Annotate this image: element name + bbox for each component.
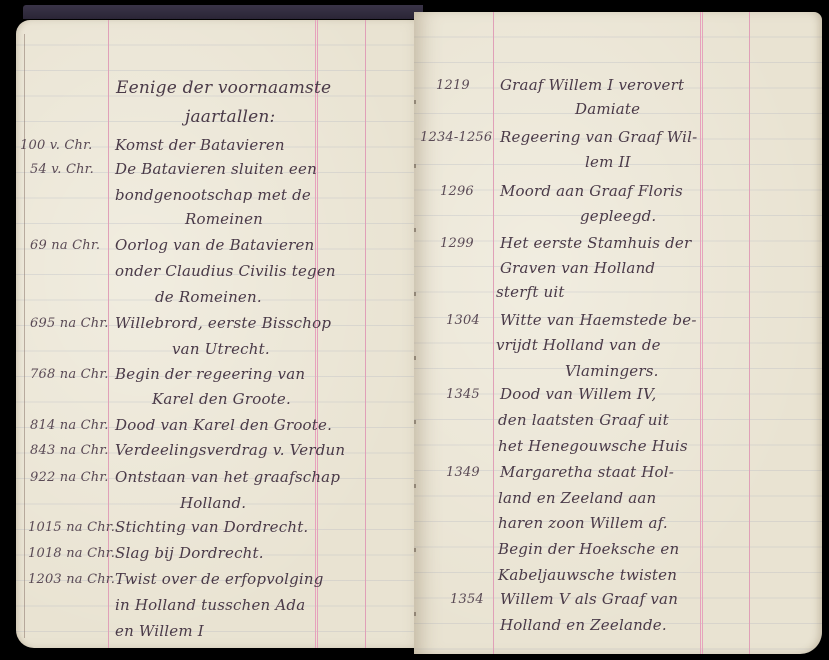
entry-date: 1349 <box>446 465 480 480</box>
entry-text: Holland. <box>180 494 246 512</box>
entry-text: Begin der regeering van <box>115 365 305 383</box>
entry-text: Holland en Zeelande. <box>500 616 667 634</box>
entry-text: lem II <box>585 153 631 171</box>
entry-date: 100 v. Chr. <box>20 138 92 153</box>
entry-text: Margaretha staat Hol- <box>500 463 674 481</box>
entry-text: bondgenootschap met de <box>115 186 311 204</box>
entry-text: de Romeinen. <box>155 288 262 306</box>
entry-text: Witte van Haemstede be- <box>500 311 697 329</box>
entry-text: Verdeelingsverdrag v. Verdun <box>115 441 345 459</box>
entry-date: 1234-1256 <box>420 130 492 145</box>
entry-text: Oorlog van de Batavieren <box>115 236 314 254</box>
entry-text: den laatsten Graaf uit <box>498 411 669 429</box>
entry-text: Willem V als Graaf van <box>500 590 678 608</box>
heading-line: Eenige der voornaamste <box>116 78 331 98</box>
entry-text: het Henegouwsche Huis <box>498 437 688 455</box>
right-outer-rule <box>749 12 750 654</box>
entry-text: Het eerste Stamhuis der <box>500 234 691 252</box>
entry-text: Slag bij Dordrecht. <box>115 544 264 562</box>
entry-text: en Willem I <box>115 622 204 640</box>
entry-text: sterft uit <box>496 283 565 301</box>
entry-text: Stichting van Dordrecht. <box>115 518 308 536</box>
entry-text: in Holland tusschen Ada <box>115 596 305 614</box>
entry-text: Regeering van Graaf Wil- <box>500 128 697 146</box>
entry-text: Kabeljauwsche twisten <box>498 566 677 584</box>
entry-date: 1015 na Chr. <box>28 520 115 535</box>
entry-text: onder Claudius Civilis tegen <box>115 262 336 280</box>
entry-text: Willebrord, eerste Bisschop <box>115 314 331 332</box>
entry-date: 768 na Chr. <box>30 367 109 382</box>
entry-text: Graaf Willem I verovert <box>500 76 684 94</box>
entry-date: 69 na Chr. <box>30 238 100 253</box>
entry-text: Komst der Batavieren <box>115 136 285 154</box>
right-date-margin-rule <box>493 12 494 654</box>
entry-date: 814 na Chr. <box>30 418 109 433</box>
notebook-cover-edge <box>23 5 423 19</box>
entry-text: van Utrecht. <box>172 340 270 358</box>
binding-stitches <box>414 40 416 640</box>
entry-date: 54 v. Chr. <box>30 162 94 177</box>
entry-date: 1219 <box>436 78 470 93</box>
entry-text: Begin der Hoeksche en <box>498 540 679 558</box>
entry-date: 843 na Chr. <box>30 443 109 458</box>
entry-text: Damiate <box>575 100 640 118</box>
entry-text: haren zoon Willem af. <box>498 514 668 532</box>
entry-date: 695 na Chr. <box>30 316 109 331</box>
entry-text: Romeinen <box>185 210 263 228</box>
entry-text: Ontstaan van het graafschap <box>115 468 340 486</box>
entry-text: vrijdt Holland van de <box>496 336 661 354</box>
entry-date: 1018 na Chr. <box>28 546 115 561</box>
entry-text: land en Zeeland aan <box>498 489 656 507</box>
entry-text: Dood van Karel den Groote. <box>115 416 332 434</box>
left-text-margin-rule <box>315 20 318 648</box>
left-outer-rule <box>365 20 366 648</box>
entry-text: Graven van Holland <box>500 259 655 277</box>
entry-date: 1296 <box>440 184 474 199</box>
entry-text: Karel den Groote. <box>152 390 291 408</box>
entry-date: 1345 <box>446 387 480 402</box>
heading-line: jaartallen: <box>185 107 275 127</box>
entry-text: Dood van Willem IV, <box>500 385 656 403</box>
entry-date: 1354 <box>450 592 484 607</box>
entry-text: De Batavieren sluiten een <box>115 160 317 178</box>
entry-text: gepleegd. <box>580 207 656 225</box>
entry-date: 1203 na Chr. <box>28 572 115 587</box>
entry-date: 1299 <box>440 236 474 251</box>
entry-text: Twist over de erfopvolging <box>115 570 324 588</box>
right-text-margin-rule <box>700 12 703 654</box>
entry-text: Vlamingers. <box>565 362 659 380</box>
entry-date: 1304 <box>446 313 480 328</box>
entry-date: 922 na Chr. <box>30 470 109 485</box>
entry-text: Moord aan Graaf Floris <box>500 182 683 200</box>
notebook-spread: Eenige der voornaamste jaartallen: 100 v… <box>0 0 829 660</box>
